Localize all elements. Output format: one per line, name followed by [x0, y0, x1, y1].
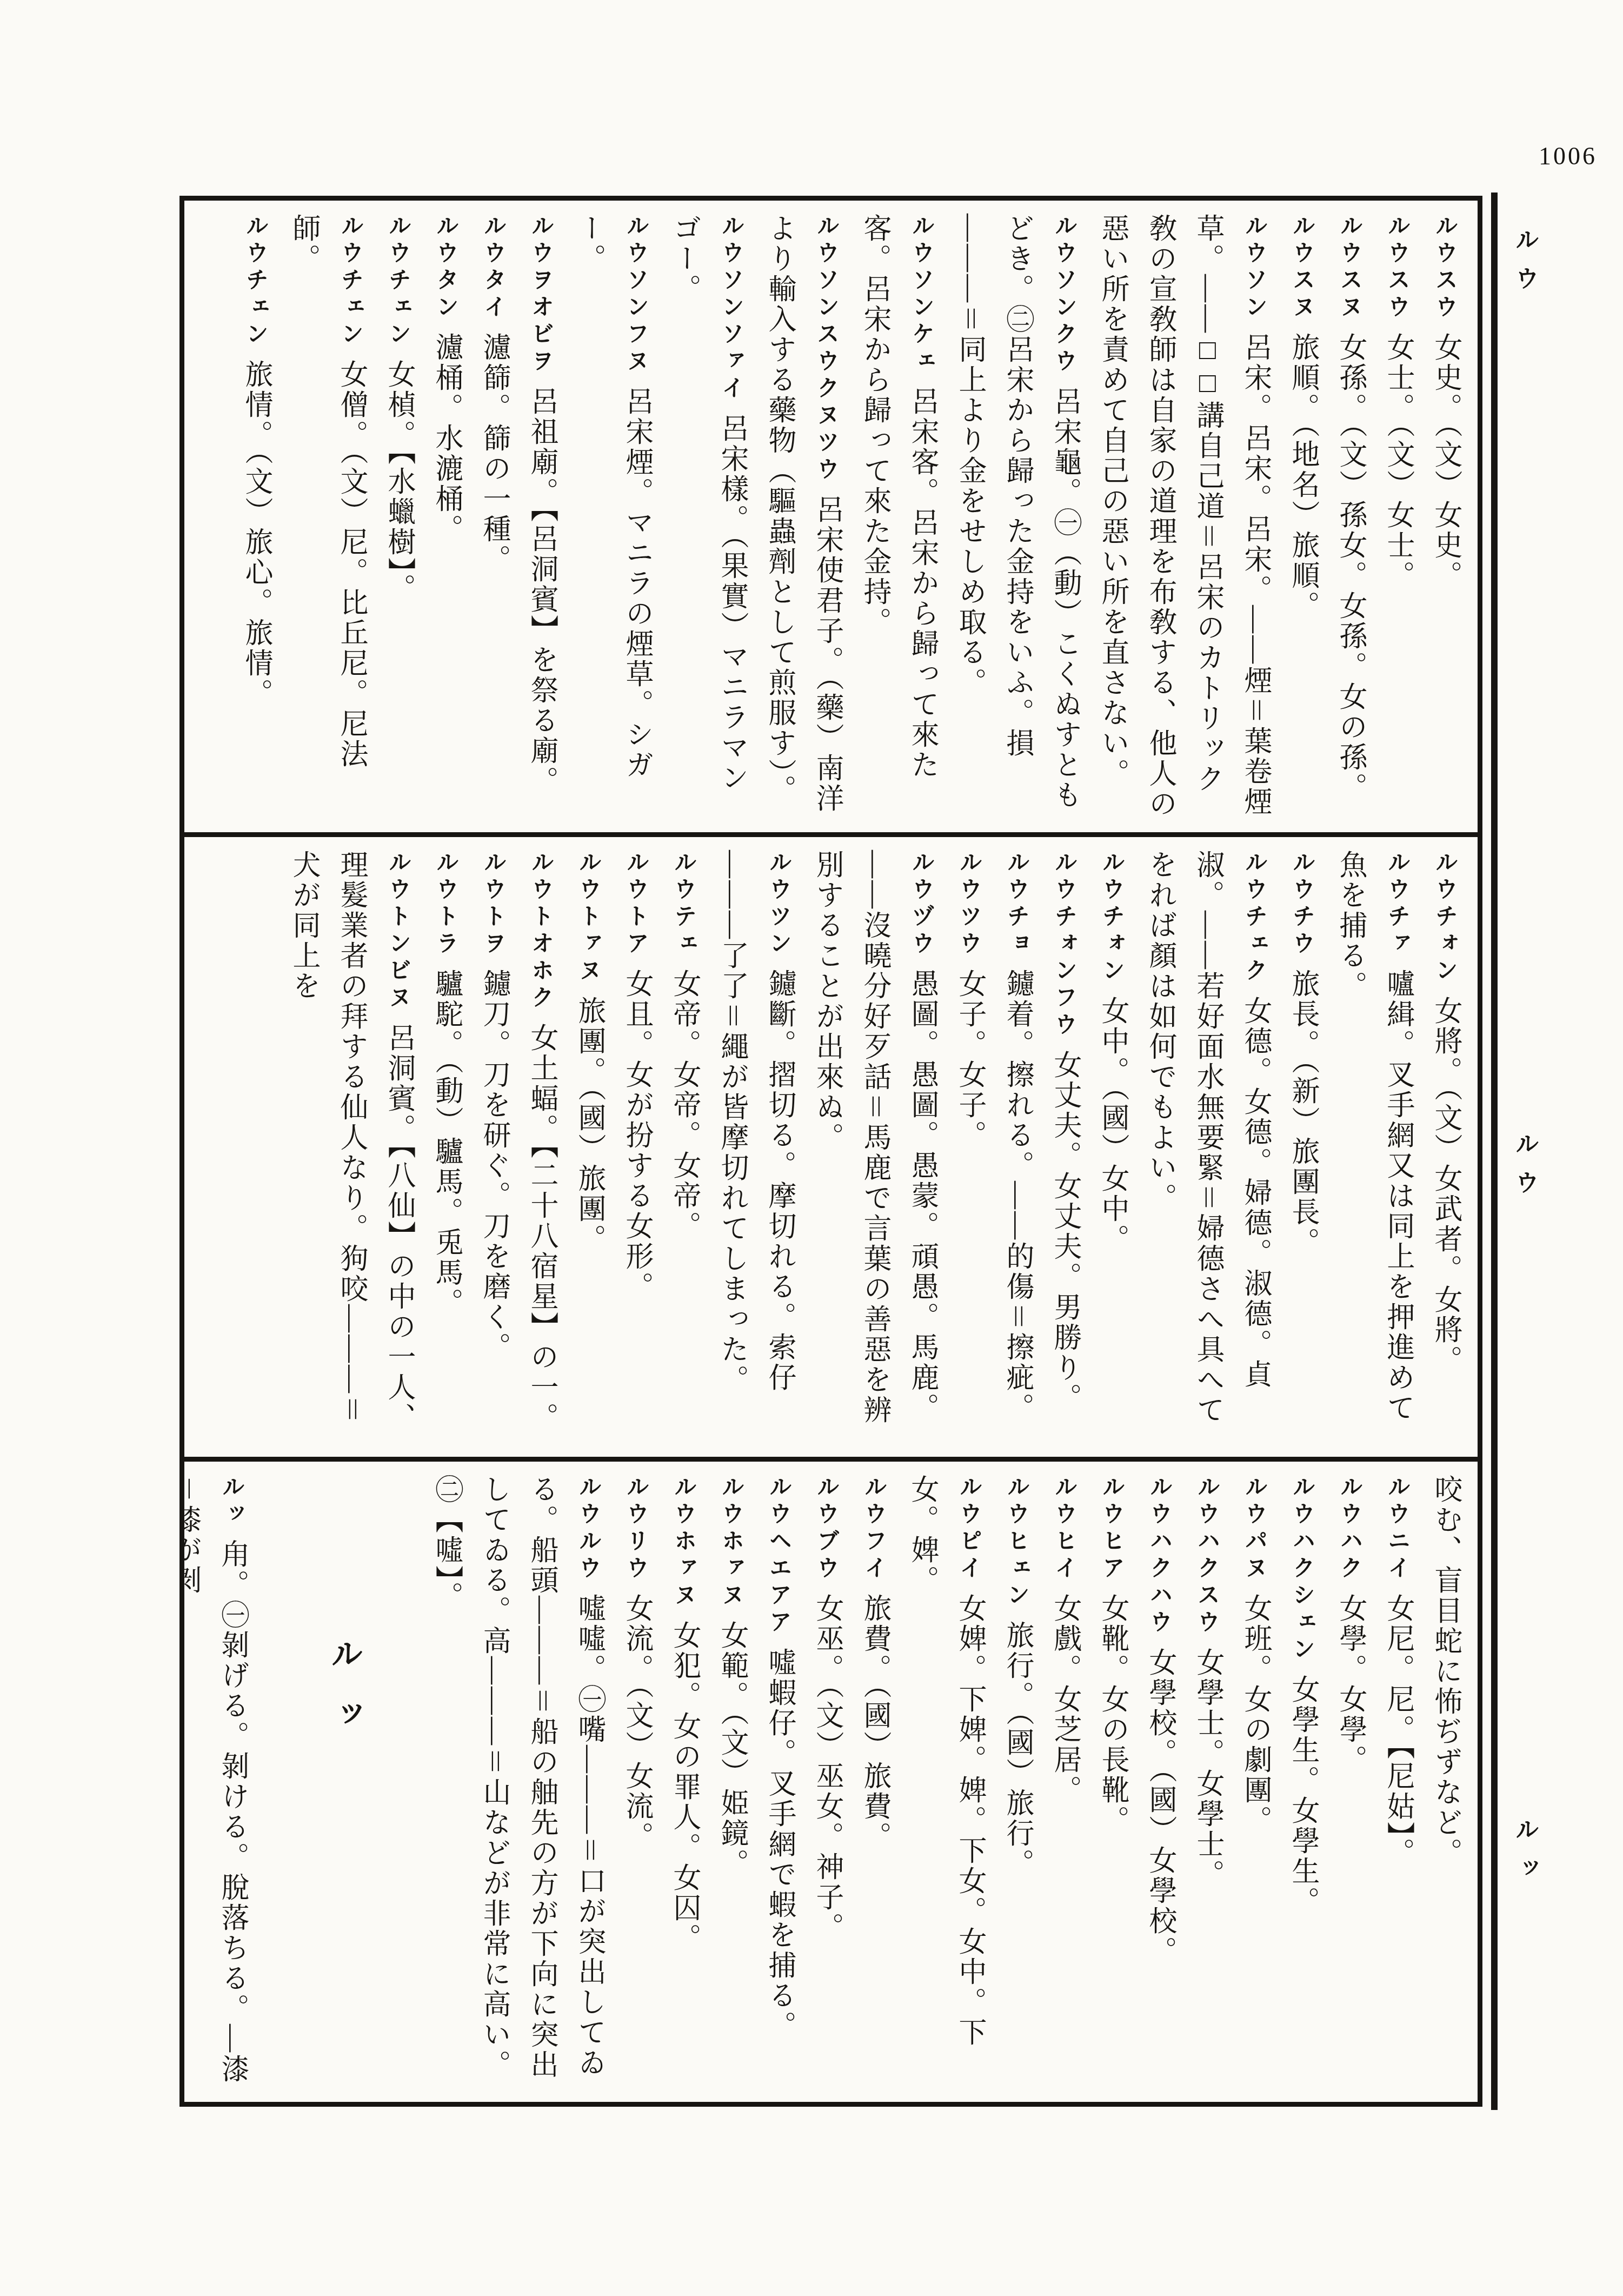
dictionary-entry: ルウピイ女婢。下婢。婢。下女。女中。下女。婢。	[898, 1475, 993, 2086]
entry-definition: 旅順。（地名）旅順。	[1287, 333, 1318, 621]
dictionary-entry: ルウスウ女史。（文）女史。	[1421, 214, 1469, 819]
entry-definition: 呂祖廟。【呂洞賓】を祭る廟。	[526, 387, 557, 797]
dictionary-entry: ルウトァヌ旅團。（國）旅團。	[565, 850, 613, 1444]
dictionary-entry: ルウタイ濾篩。篩の一種。	[470, 214, 517, 819]
dictionary-entry: ルウソンフヌ呂宋煙。マニラの煙草。シガー。	[565, 214, 660, 819]
dictionary-entry: ルウトヲ鑢刀。刀を研ぐ。刀を磨く。	[470, 850, 517, 1444]
entry-definition: 濾桶。水漉桶。	[431, 333, 462, 545]
entry-definition: 女靴。女の長靴。	[1097, 1594, 1128, 1836]
dictionary-entry: ルウテェ女帝。女帝。女帝。	[660, 850, 708, 1444]
dictionary-entry: ルウハクハウ女學校。（國）女學校。	[1136, 1475, 1183, 2086]
entry-definition: 女土蝠。【二十八宿星】の一。	[526, 1023, 557, 1433]
entry-definition: 女流。（文）女流。	[621, 1594, 652, 1852]
entry-definition: 女班。女の劇團。	[1240, 1594, 1271, 1836]
entry-headword: ルウソンソァイ	[719, 214, 744, 403]
entry-headword: ルウニイ	[1385, 1475, 1411, 1583]
entry-headword: ルウスヌ	[1290, 214, 1315, 322]
entry-headword: ルウホァヌ	[719, 1475, 744, 1610]
entry-headword: ルウスウ	[1433, 214, 1458, 322]
entry-definition: 濾篩。篩の一種。	[478, 333, 509, 575]
dictionary-entry: ルウツウ女子。女子。	[946, 850, 993, 1444]
entry-headword: ルウチェク	[1242, 850, 1268, 985]
entry-headword: ルウヒア	[1100, 1475, 1125, 1583]
dictionary-entry: ルウヘエアア噓蝦仔。叉手網で蝦を捕る。	[755, 1475, 803, 2086]
entry-headword: ルウスヌ	[1338, 214, 1363, 322]
dictionary-entry: ルウヒア女靴。女の長靴。	[1088, 1475, 1136, 2086]
dictionary-entry: ルウチォン女中。（國）女中。	[1088, 850, 1136, 1444]
dictionary-entry: ルウソン呂宋。呂宋。呂宋。――煙＝葉卷煙草。――□□講自己道＝呂宋のカトリック敎…	[1088, 214, 1279, 819]
dictionary-entry: ルウスヌ女孫。（文）孫女。女孫。女の孫。	[1326, 214, 1374, 819]
dictionary-entry: ルウニイ女尼。尼。【尼姑】。	[1374, 1475, 1421, 2086]
section-divider	[184, 1457, 1478, 1462]
entry-headword: ルウチェン	[338, 214, 364, 349]
entry-headword: ルウソン	[1242, 214, 1268, 322]
dictionary-entry: ルウソンケェ呂宋客。呂宋から歸って來た客。呂宋から歸って來た金持。	[850, 214, 946, 819]
dictionary-entry: ルウヲオビヲ呂祖廟。【呂洞賓】を祭る廟。	[517, 214, 565, 819]
page-edge-rule	[1491, 193, 1498, 2110]
entry-headword: ルウトンビヌ	[386, 850, 411, 1012]
dictionary-entry: ルウヅウ愚圖。愚圖。愚蒙。頑愚。馬鹿。――沒曉分好歹話＝馬鹿で言葉の善惡を辨別す…	[803, 850, 946, 1444]
section-divider	[184, 832, 1478, 837]
dictionary-entry: 咬む、盲目蛇に怖ぢずなど。	[1421, 1475, 1469, 2086]
entry-definition: 女士。（文）女士。	[1382, 333, 1413, 591]
content-frame: ルウスウ女史。（文）女史。ルウスウ女士。（文）女士。ルウスヌ女孫。（文）孫女。女…	[179, 196, 1482, 2107]
page-number: 1006	[1539, 142, 1597, 170]
entry-headword: ルウヒェン	[1005, 1475, 1030, 1610]
entry-headword: ルウトオホク	[529, 850, 554, 1012]
margin-tab-rutsu-bottom: ルッ	[1507, 1817, 1542, 1895]
entry-headword: ルウハクハウ	[1147, 1475, 1173, 1637]
entry-definition: 女楨。【水蠟樹】。	[383, 360, 414, 604]
entry-definition: 女學士。女學士。	[1192, 1648, 1223, 1890]
margin-tab-ruu-middle: ルウ	[1507, 1131, 1542, 1209]
entry-definition: 女子。女子。	[954, 969, 985, 1151]
entry-definition: 甪。㊀剝げる。剝ける。脫落ちる。―漆＝漆が剝	[184, 1475, 248, 2085]
dictionary-entry: ルウソンスウクヌツウ呂宋使君子。（藥）南洋より輸入する藥物（驅蟲劑として煎服す）…	[755, 214, 850, 819]
entry-headword: ルウスウ	[1385, 214, 1411, 322]
dictionary-entry: ルウリウ女流。（文）女流。	[613, 1475, 660, 2086]
entry-headword: ルウブウ	[814, 1475, 840, 1583]
entry-headword: ルウソンケェ	[909, 214, 935, 376]
entry-headword: ルウハクスウ	[1195, 1475, 1220, 1637]
entry-definition: 旅費。（國）旅費。	[859, 1594, 890, 1852]
entry-definition: 女學生。女學生。	[1287, 1675, 1318, 1917]
dictionary-entry: ルウチウ旅長。（新）旅團長。	[1279, 850, 1326, 1444]
entry-definition: 噓蝦仔。叉手網で蝦を捕る。	[764, 1648, 795, 2041]
entry-headword: ルウチェン	[243, 214, 269, 349]
dictionary-entry: ルウツン鑢斷。摺切る。摩切れる。索仔―――了了＝繩が皆摩切れてしまった。	[708, 850, 803, 1444]
entry-headword: ルウチェン	[386, 214, 411, 349]
entry-headword: ルウリウ	[624, 1475, 649, 1583]
entry-headword: ルウチォンフウ	[1052, 850, 1077, 1039]
dictionary-entry: ルウチォンフウ女丈夫。女丈夫。男勝り。	[1041, 850, 1088, 1444]
entry-headword: ルウチァ	[1385, 850, 1411, 958]
entry-headword: ルウチォン	[1100, 850, 1125, 985]
scanned-dictionary-page: 1006 ルウスウ女史。（文）女史。ルウスウ女士。（文）女士。ルウスヌ女孫。（文…	[0, 0, 1623, 2296]
dictionary-entry: ルウハクシェン女學生。女學生。	[1279, 1475, 1326, 2086]
dictionary-entry: ルウチェン旅情。（文）旅心。旅情。	[232, 214, 280, 819]
dictionary-entry: ルウタン濾桶。水漉桶。	[422, 214, 470, 819]
entry-headword: ルウトァヌ	[576, 850, 602, 985]
dictionary-entry: ルウヒェン旅行。（國）旅行。	[993, 1475, 1041, 2086]
dictionary-entry: ルウルウ噓噓。㊀嘴―――＝口が突出してゐる。船頭―――＝船の舳先の方が下向に突出…	[422, 1475, 613, 2086]
dictionary-entry: ルウトラ驢駝。（動）驢馬。兎馬。	[422, 850, 470, 1444]
dictionary-entry: ルウフイ旅費。（國）旅費。	[850, 1475, 898, 2086]
entry-headword: ルウフイ	[862, 1475, 887, 1583]
entry-definition: 女帝。女帝。女帝。	[669, 969, 700, 1242]
entry-headword: ルウヅウ	[909, 850, 935, 958]
entry-definition: 女學校。（國）女學校。	[1145, 1648, 1175, 1967]
dictionary-entry: ルウトンビヌ呂洞賓。【八仙】の中の一人、理髮業者の拜する仙人なり。狗咬―――＝犬…	[280, 850, 422, 1444]
dictionary-section-bottom: 咬む、盲目蛇に怖ぢずなど。ルウニイ女尼。尼。【尼姑】。ルウハク女學。女學。ルウハ…	[184, 1462, 1478, 2099]
entry-definition: 女學。女學。	[1335, 1594, 1366, 1775]
entry-definition: 女且。女が扮する女形。	[621, 969, 652, 1302]
entry-definition: 驢駝。（動）驢馬。兎馬。	[431, 969, 462, 1318]
dictionary-entry: ルウホァヌ女範。（文）姫鏡。	[708, 1475, 755, 2086]
dictionary-section-middle: ルウチォン女將。（文）女武者。女將。ルウチァ嚧緝。叉手網又は同上を押進めて魚を捕…	[184, 837, 1478, 1457]
dictionary-entry: ルウチェン女僧。（文）尼。比丘尼。尼法師。	[280, 214, 375, 819]
entry-headword: ルウツウ	[957, 850, 982, 958]
entry-headword: ルウハク	[1338, 1475, 1363, 1583]
entry-headword: ルウツン	[767, 850, 792, 958]
entry-definition: 女孫。（文）孫女。女孫。女の孫。	[1335, 333, 1366, 803]
dictionary-entry: ルウトア女且。女が扮する女形。	[613, 850, 660, 1444]
entry-definition: 鑢着。擦れる。――的傷＝擦疵。	[1002, 969, 1033, 1423]
entry-headword: ルウルウ	[576, 1475, 602, 1583]
dictionary-entry: ルウチョ鑢着。擦れる。――的傷＝擦疵。	[993, 850, 1041, 1444]
dictionary-entry: ルウホァヌ女犯。女の罪人。女囚。	[660, 1475, 708, 2086]
entry-headword: ルウホァヌ	[671, 1475, 697, 1610]
dictionary-entry: ルウソンソァイ呂宋樣。（果實）マニラマンゴー。	[660, 214, 755, 819]
dictionary-entry: ルウスウ女士。（文）女士。	[1374, 214, 1421, 819]
entry-headword: ルウハクシェン	[1290, 1475, 1315, 1664]
entry-headword: ルウチォン	[1433, 850, 1458, 985]
entry-headword: ルウソンスウクヌツウ	[814, 214, 840, 484]
entry-headword: ルウヲオビヲ	[529, 214, 554, 376]
entry-headword: ルウパヌ	[1242, 1475, 1268, 1583]
entry-headword: ルウヘエアア	[767, 1475, 792, 1637]
entry-definition: 旅行。（國）旅行。	[1002, 1621, 1033, 1879]
entry-headword: ルウトラ	[434, 850, 459, 958]
dictionary-entry: ルウチェン女楨。【水蠟樹】。	[375, 214, 422, 819]
entry-headword: ルウチウ	[1290, 850, 1315, 958]
dictionary-entry: ルウブウ女巫。（文）巫女。神子。	[803, 1475, 850, 2086]
entry-headword: ルウタイ	[481, 214, 507, 322]
entry-definition: 女將。（文）女武者。女將。	[1430, 996, 1461, 1376]
dictionary-entry: ルウハクスウ女學士。女學士。	[1183, 1475, 1231, 2086]
entry-headword: ルウテェ	[671, 850, 697, 958]
dictionary-entry: ルウスヌ旅順。（地名）旅順。	[1279, 214, 1326, 819]
entry-headword: ルウトヲ	[481, 850, 507, 958]
entry-headword: ルウトア	[624, 850, 649, 958]
entry-headword: ルウチョ	[1005, 850, 1030, 958]
entry-definition: 女範。（文）姫鏡。	[716, 1621, 747, 1879]
dictionary-entry: ルウヒイ女戲。女芝居。	[1041, 1475, 1088, 2086]
entry-definition: 女丈夫。女丈夫。男勝り。	[1049, 1050, 1080, 1414]
margin-tab-ruu-top: ルウ	[1507, 227, 1542, 305]
dictionary-entry: ルウトオホク女土蝠。【二十八宿星】の一。	[517, 850, 565, 1444]
entry-definition: 咬む、盲目蛇に怖ぢずなど。	[1430, 1475, 1461, 1868]
entry-definition: 女巫。（文）巫女。神子。	[811, 1594, 842, 1943]
entry-definition: 女史。（文）女史。	[1430, 333, 1461, 591]
dictionary-section-top: ルウスウ女史。（文）女史。ルウスウ女士。（文）女士。ルウスヌ女孫。（文）孫女。女…	[184, 201, 1478, 832]
entry-definition: 鑢刀。刀を研ぐ。刀を磨く。	[478, 969, 509, 1363]
entry-headword: ルウタン	[434, 214, 459, 322]
dictionary-entry: ルウチァ嚧緝。叉手網又は同上を押進めて魚を捕る。	[1326, 850, 1421, 1444]
entry-headword: ルッ	[219, 1475, 245, 1529]
entry-definition: 女中。（國）女中。	[1097, 996, 1128, 1255]
entry-headword: ルウソンクウ	[1052, 214, 1077, 376]
dictionary-entry: ルウハク女學。女學。	[1326, 1475, 1374, 2086]
entry-definition: 女尼。尼。【尼姑】。	[1382, 1594, 1413, 1868]
entry-headword: ルウソンフヌ	[624, 214, 649, 376]
dictionary-entry: ルウチェク女德。女德。婦德。淑德。貞淑。――若好面水無要緊＝婦德さへ具へてをれば…	[1136, 850, 1279, 1444]
dictionary-entry: ルウソンクウ呂宋龜。㊀（動）こくぬすともどき。㊁呂宋から歸った金持をいふ。損――…	[946, 214, 1088, 819]
entry-definition: 旅長。（新）旅團長。	[1287, 969, 1318, 1258]
entry-headword: ルウヒイ	[1052, 1475, 1077, 1583]
inline-section-header: ルッ	[321, 1637, 368, 2086]
dictionary-entry: ルウパヌ女班。女の劇團。	[1231, 1475, 1279, 2086]
entry-definition: 女犯。女の罪人。女囚。	[669, 1621, 700, 1954]
entry-definition: 旅團。（國）旅團。	[574, 996, 604, 1255]
entry-definition: 旅情。（文）旅心。旅情。	[241, 360, 271, 709]
entry-headword: ルウピイ	[957, 1475, 982, 1583]
dictionary-entry: ルッ甪。㊀剝げる。剝ける。脫落ちる。―漆＝漆が剝	[184, 1475, 256, 2086]
dictionary-entry: ルウチォン女將。（文）女武者。女將。	[1421, 850, 1469, 1444]
entry-definition: 女戲。女芝居。	[1049, 1594, 1080, 1806]
